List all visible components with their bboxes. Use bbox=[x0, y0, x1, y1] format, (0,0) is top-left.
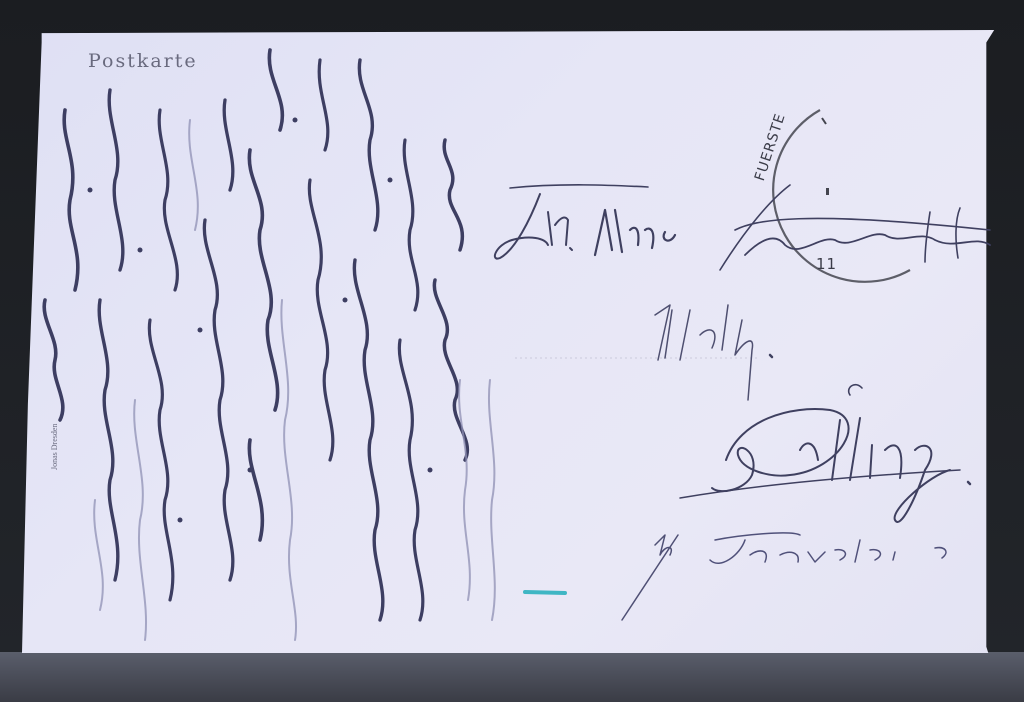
printer-imprint: Jonas Dresden bbox=[50, 424, 59, 470]
handwriting-layer bbox=[0, 0, 1024, 702]
postmark-year: 11 bbox=[816, 255, 837, 273]
teal-ink-mark bbox=[525, 592, 565, 593]
faint-message-lines bbox=[94, 120, 495, 640]
postmark-icon bbox=[773, 110, 910, 282]
postcard-header-print: Postkarte bbox=[88, 50, 198, 72]
message-handwriting bbox=[44, 50, 467, 620]
